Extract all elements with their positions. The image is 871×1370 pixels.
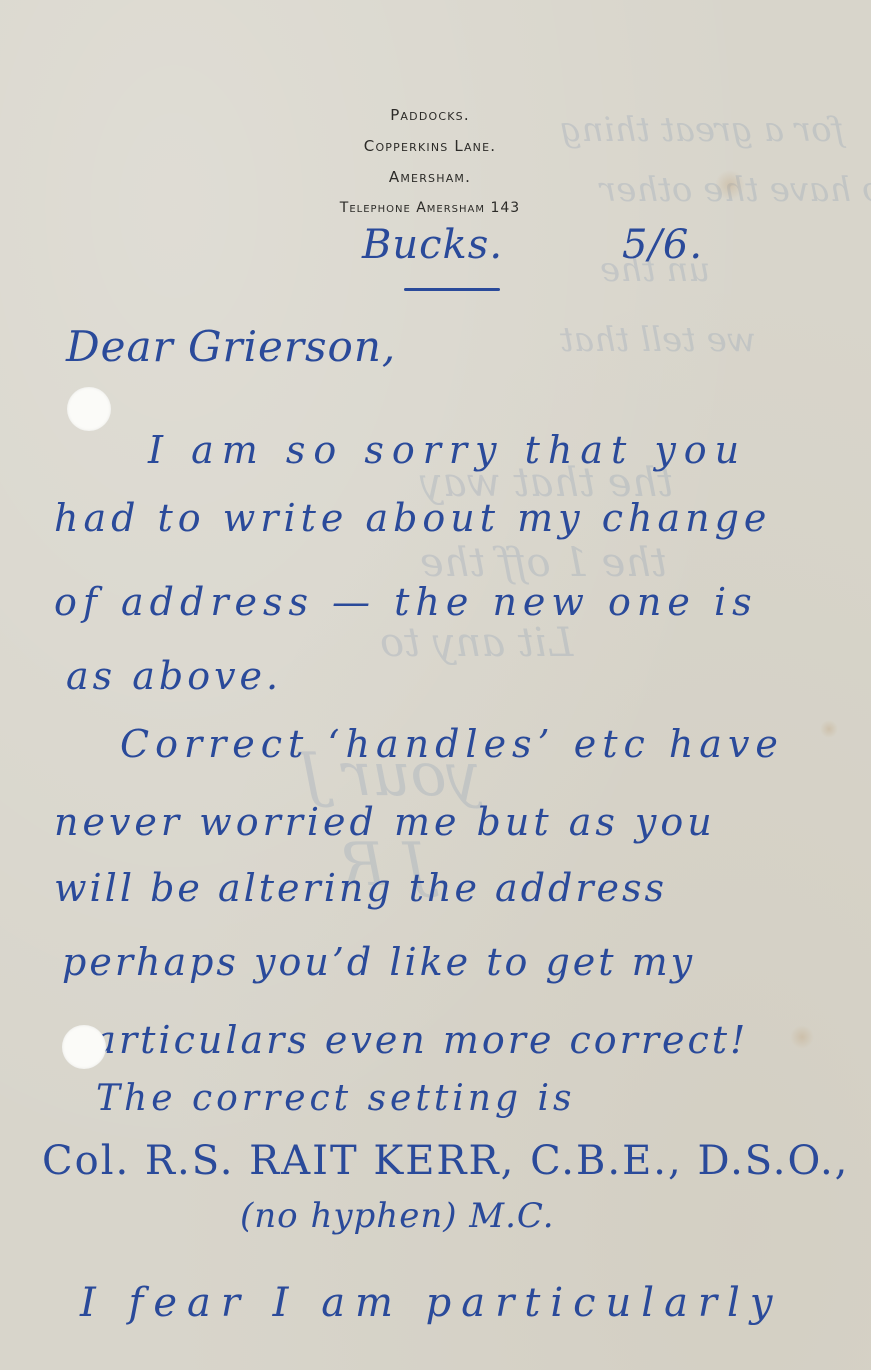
letter-line: as above. <box>66 654 282 698</box>
letter-line: (no hyphen) M.C. <box>240 1196 555 1236</box>
letter-line: I fear I am particularly <box>80 1280 782 1326</box>
letter-line: I am so sorry that you <box>148 428 747 472</box>
show-through-text: Lit any to <box>380 620 573 666</box>
letter-line: Correct ‘handles’ etc have <box>120 722 784 766</box>
letter-line: had to write about my change <box>54 496 771 540</box>
letterhead: Paddocks. Copperkins Lane. Amersham. Tel… <box>270 100 590 224</box>
salutation: Dear Grierson, <box>66 322 396 371</box>
letterhead-house: Paddocks. <box>270 100 590 131</box>
letter-line: of address — the new one is <box>54 580 758 624</box>
letterhead-street: Copperkins Lane. <box>270 131 590 162</box>
punch-hole-top <box>67 387 111 431</box>
letter-line: never worried me but as you <box>54 800 716 844</box>
paper-stain <box>820 720 838 738</box>
dateline-date: 5/6. <box>622 222 703 268</box>
dateline-underline <box>404 288 500 291</box>
paper-stain <box>790 1025 814 1049</box>
letter-line: The correct setting is <box>96 1078 575 1119</box>
letter-line: particulars even more correct! <box>66 1018 748 1062</box>
show-through-text: for a great thing <box>560 110 844 150</box>
letter-line: will be altering the address <box>54 866 667 910</box>
letterhead-telephone: Telephone Amersham 143 <box>270 193 590 224</box>
punch-hole-bottom <box>62 1025 106 1069</box>
letter-line: perhaps you’d like to get my <box>62 940 695 984</box>
show-through-text: we tell that <box>560 320 756 360</box>
recipient-name-line: Col. R.S. RAIT KERR, C.B.E., D.S.O., <box>42 1138 849 1184</box>
letter-page: for a great thing to have the other un t… <box>0 0 871 1370</box>
paper-stain <box>715 170 745 200</box>
dateline-county: Bucks. <box>362 222 503 268</box>
letterhead-town: Amersham. <box>270 162 590 193</box>
